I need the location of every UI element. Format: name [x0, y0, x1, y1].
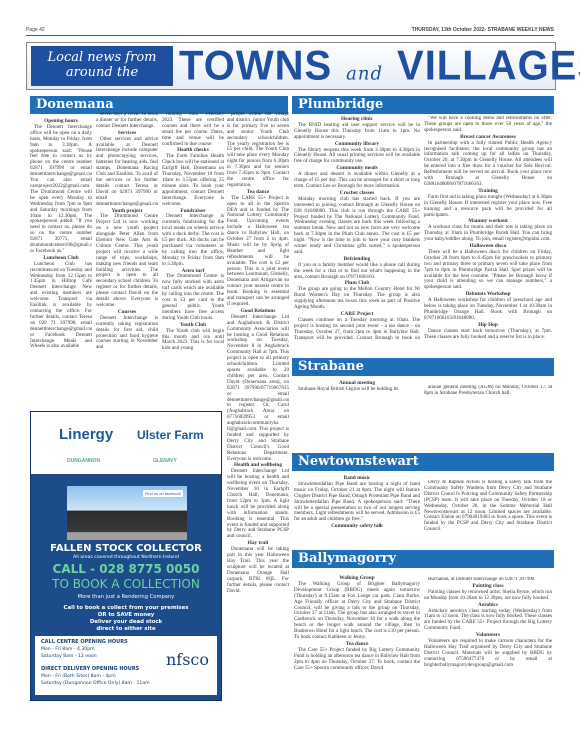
fallen-stock-advert: Linergy Ulster Farm DUNGANNON GLENAVY Fi… [30, 411, 222, 701]
call-centre-line-2: Saturday 8am - 12 noon [41, 654, 97, 659]
article-body: If you or a family member would like a p… [294, 263, 420, 281]
facility-photo: Find us on facebook [67, 486, 187, 540]
newtownstewart-column-1: Band musicStrawletterdallan Pipe Band ar… [294, 475, 420, 537]
section-header-strabane: Strabane [292, 358, 554, 376]
article-body: The Dennett Interchange office will be o… [30, 125, 92, 255]
article-body: Luncheon Club has recommenced on Tuesday… [30, 262, 92, 351]
plumbridge-column-2: "We will have a cooking demo and refresh… [424, 116, 552, 340]
ad-cta-1: Call to book a collect from your premise… [31, 605, 221, 611]
banner-villages: VILLAGES [397, 43, 580, 89]
call-centre-title: CALL CENTRE OPENING HOURS [41, 639, 128, 645]
section-header-plumbridge: Plumbridge [292, 96, 554, 114]
article-body: Dennett Interchange Ltd will be hosting … [227, 469, 289, 540]
article-body: The Walking Group of Brighter Ballymagor… [294, 582, 420, 641]
ulster-farm-location: GLENAVY [153, 458, 177, 464]
ad-phone: CALL - 028 8775 0050 [31, 562, 221, 576]
strabane-column-2: annual general meeting (AGM) on Monday, … [424, 385, 552, 399]
nfsco-logo: nfsco [166, 650, 209, 669]
ulster-farm-logo: Ulster Farm [137, 428, 204, 442]
article-body: The CARE 55+ Project is open to all in t… [227, 196, 289, 308]
article-heading: Community safety talk [294, 524, 420, 530]
article-body: Farm first aid is taking place tonight (… [424, 195, 552, 219]
article-body: seven days a week. To book a dinner or f… [96, 112, 158, 130]
donemana-column-2: seven days a week. To book a dinner or f… [96, 112, 158, 408]
banner-tagline: Local news from around the [31, 46, 173, 86]
article-body: The Youth club will begin this month and… [162, 329, 224, 353]
article-body: Dance classes start back tomorrow (Thurs… [424, 329, 552, 340]
linergy-location: DUNGANNON [67, 458, 100, 464]
article-body: The Drummond Centre Project Ltd is now w… [96, 214, 158, 309]
article-body: annual general meeting (AGM) on Monday, … [424, 385, 552, 397]
banner-title: TOWNSandVILLAGES [179, 44, 580, 97]
article-body: A Halloween workshop for children of pre… [424, 298, 552, 322]
donemana-column-3: running until February 2023. These are c… [162, 112, 224, 408]
strabane-column-1: Annual meetingStrabane Royal British Leg… [294, 380, 420, 398]
dateline: THURSDAY, 13th October 2022- STRABANE WE… [412, 27, 554, 33]
article-body: There will be a Halloween disco for chil… [424, 250, 552, 291]
article-body: people within the village and district. … [227, 112, 289, 189]
article-body: The Drummond Centre is now fully stocked… [162, 274, 224, 321]
article-body: Dennett Interchange Ltd and Aughabrack &… [227, 315, 289, 463]
article-body: The library reopens this week from 2.30p… [294, 148, 420, 166]
ad-cta-3: Deliver your dead stock [31, 619, 221, 625]
ad-subheadline: All areas covered throughout Northern Ir… [31, 555, 221, 560]
article-body: Monday morning club has started back. If… [294, 197, 420, 256]
article-body: In partnership with a fully trained Publ… [424, 141, 552, 188]
article-body: A workout class for mums and their tots … [424, 225, 552, 243]
delivery-line-1: Mon - Fri (Both Sites) 8am - 4pm [41, 674, 116, 679]
towns-villages-banner: Local news from around the TOWNSandVILLA… [26, 42, 556, 90]
article-body: Derry & Raphoe Action is hosting a safet… [424, 480, 552, 533]
tagline-line-1: Local news from [31, 50, 173, 65]
page-header: Page 42 THURSDAY, 13th October 2022- STR… [26, 27, 554, 36]
article-body: Other services and advice available at D… [96, 137, 158, 208]
article-body: The RNID hearing aid user support servic… [294, 123, 420, 141]
article-body: Strabane Royal British Legion will be ho… [294, 387, 420, 393]
newtownstewart-column-2: Derry & Raphoe Action is hosting a safet… [424, 480, 552, 536]
ballymagorry-column-2: Buchanan, at Dennett Interchange on 0287… [424, 577, 552, 717]
article-body: Dennett Interchange is currently fundrai… [162, 214, 224, 267]
article-body: running until February 2023. These are c… [162, 112, 224, 147]
article-body: Volunteers are required to make cartoon … [424, 639, 552, 669]
article-body: The Care 55+ Project funded by Big Lotte… [294, 648, 420, 672]
article-body: "We will have a cooking demo and refresh… [424, 116, 552, 134]
delivery-line-2: Saturday (Dungannon Office Only) 8am - 1… [41, 681, 150, 686]
facebook-badge: Find us on facebook [143, 490, 183, 497]
article-body: A dinner and dessert is available within… [294, 172, 420, 190]
article-body: Armchair aerobics class starting today (… [424, 609, 552, 633]
article-body: Strawletterdallan Pipe Band are hosting … [294, 482, 420, 523]
ad-cta-2: OR to SAVE money [31, 612, 221, 618]
plumbridge-column-1: Hearing clinicThe RNID hearing aid user … [294, 116, 420, 340]
opening-hours-box: CALL CENTRE OPENING HOURS Mon - Fri 8am … [35, 636, 217, 695]
article-body: Classes continue on a Tuesday morning at… [294, 318, 420, 340]
ad-logos: Linergy Ulster Farm DUNGANNON GLENAVY [31, 412, 221, 474]
ballymagorry-column-1: Walking GroupThe Walking Group of Bright… [294, 575, 420, 715]
ad-book: TO BOOK A COLLECTION [31, 577, 221, 591]
delivery-title: DIRECT DELIVERY OPENING HOURS [41, 666, 139, 672]
section-header-ballymagorry: Ballymagorry [292, 550, 554, 568]
page-number: Page 42 [26, 27, 45, 33]
linergy-logo: Linergy [59, 426, 113, 443]
call-centre-line-1: Mon - Fri 8am - 4.30pm [41, 647, 95, 652]
article-body: Donemana will be taking part in this yea… [227, 547, 289, 594]
ad-headline: FALLEN STOCK COLLECTOR [31, 543, 221, 554]
banner-towns: TOWNS [179, 43, 332, 89]
ad-cta-4: direct to either site [31, 626, 221, 632]
donemana-column-4: people within the village and district. … [227, 112, 289, 672]
donemana-column-1: Opening hoursThe Dennett Interchange off… [30, 118, 92, 408]
banner-and: and [346, 63, 383, 85]
article-body: Dennett Interchange is currently taking … [96, 316, 158, 351]
article-body: The Farm Families Health Check bus will … [162, 154, 224, 207]
ad-tagline: More than just a Rendering Company [31, 594, 221, 600]
article-body: Painting classes by renowned artist, She… [424, 590, 552, 602]
tagline-line-2: around the [31, 65, 173, 80]
section-header-newtownstewart: Newtownstewart [292, 453, 554, 471]
article-body: The group are going to the Mellon Countr… [294, 287, 420, 311]
